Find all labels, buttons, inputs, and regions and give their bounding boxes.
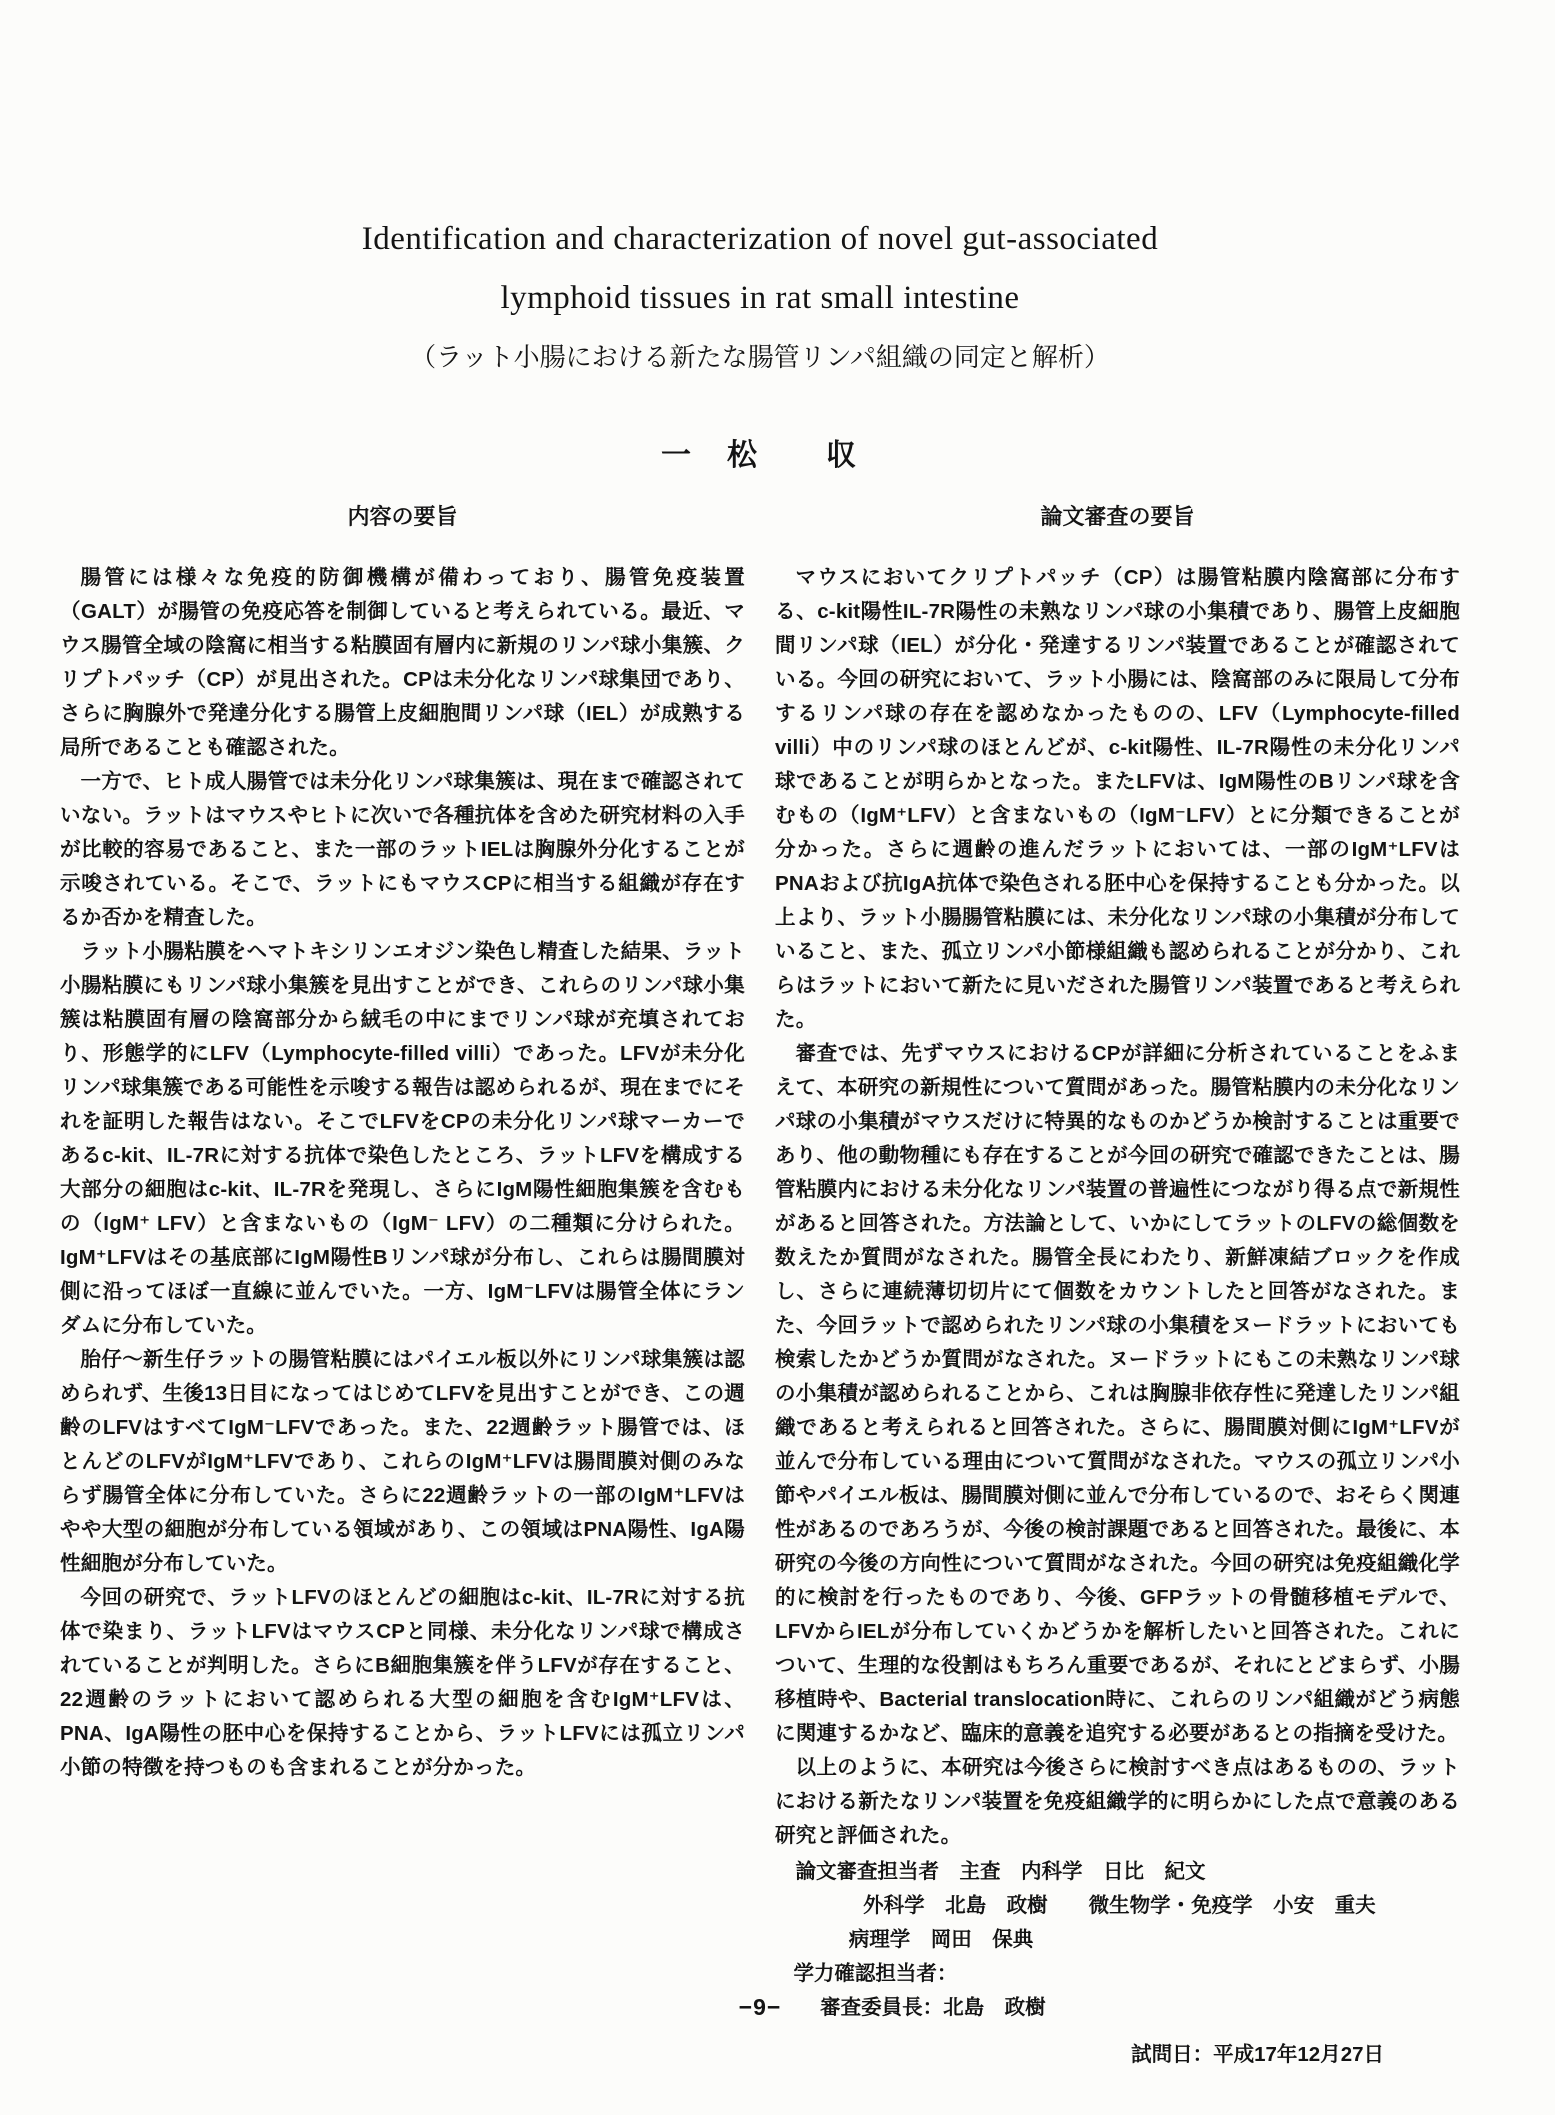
content-summary-column: 内容の要旨 腸管には様々な免疫的防御機構が備わっており、腸管免疫装置（GALT）… bbox=[60, 500, 745, 2067]
committee-line-academic-confirmation: 学力確認担当者： bbox=[775, 1957, 1460, 1991]
review-summary-paragraph: 以上のように、本研究は今後さらに検討すべき点はあるものの、ラットにおける新たなリ… bbox=[775, 1751, 1460, 1853]
review-summary-heading: 論文審査の要旨 bbox=[775, 500, 1460, 531]
content-summary-heading: 内容の要旨 bbox=[60, 500, 745, 531]
japanese-title: （ラット小腸における新たな腸管リンパ組織の同定と解析） bbox=[60, 337, 1460, 374]
english-title-line-1: Identification and characterization of n… bbox=[60, 0, 1460, 257]
english-title-line-2: lymphoid tissues in rat small intestine bbox=[60, 281, 1460, 316]
committee-line-pathology: 病理学 岡田 保典 bbox=[775, 1923, 1460, 1957]
content-summary-paragraph: 腸管には様々な免疫的防御機構が備わっており、腸管免疫装置（GALT）が腸管の免疫… bbox=[60, 561, 745, 765]
review-summary-paragraph: マウスにおいてクリプトパッチ（CP）は腸管粘膜内陰窩部に分布する、c-kit陽性… bbox=[775, 561, 1460, 1037]
review-summary-column: 論文審査の要旨 マウスにおいてクリプトパッチ（CP）は腸管粘膜内陰窩部に分布する… bbox=[775, 500, 1460, 2067]
two-column-body: 内容の要旨 腸管には様々な免疫的防御機構が備わっており、腸管免疫装置（GALT）… bbox=[60, 500, 1460, 2067]
committee-line-examiners: 論文審査担当者 主査 内科学 日比 紀文 bbox=[775, 1855, 1460, 1889]
scanned-thesis-abstract-page: Identification and characterization of n… bbox=[0, 0, 1555, 2115]
examination-date: 試問日：平成17年12月27日 bbox=[775, 2037, 1460, 2067]
content-summary-paragraph: ラット小腸粘膜をヘマトキシリンエオジン染色し精査した結果、ラット小腸粘膜にもリン… bbox=[60, 935, 745, 1343]
title-block: Identification and characterization of n… bbox=[60, 0, 1460, 474]
review-summary-paragraph: 審査では、先ずマウスにおけるCPが詳細に分析されていることをふまえて、本研究の新… bbox=[775, 1037, 1460, 1751]
author-name: 一 松 収 bbox=[60, 430, 1460, 474]
content-summary-paragraph: 今回の研究で、ラットLFVのほとんどの細胞はc-kit、IL-7Rに対する抗体で… bbox=[60, 1581, 745, 1785]
committee-line-surgery-microbiology: 外科学 北島 政樹 微生物学・免疫学 小安 重夫 bbox=[775, 1889, 1460, 1923]
page-number: −9− bbox=[60, 1994, 1460, 2021]
content-summary-paragraph: 一方で、ヒト成人腸管では未分化リンパ球集簇は、現在まで確認されていない。ラットは… bbox=[60, 765, 745, 935]
content-summary-paragraph: 胎仔～新生仔ラットの腸管粘膜にはパイエル板以外にリンパ球集簇は認められず、生後1… bbox=[60, 1343, 745, 1581]
